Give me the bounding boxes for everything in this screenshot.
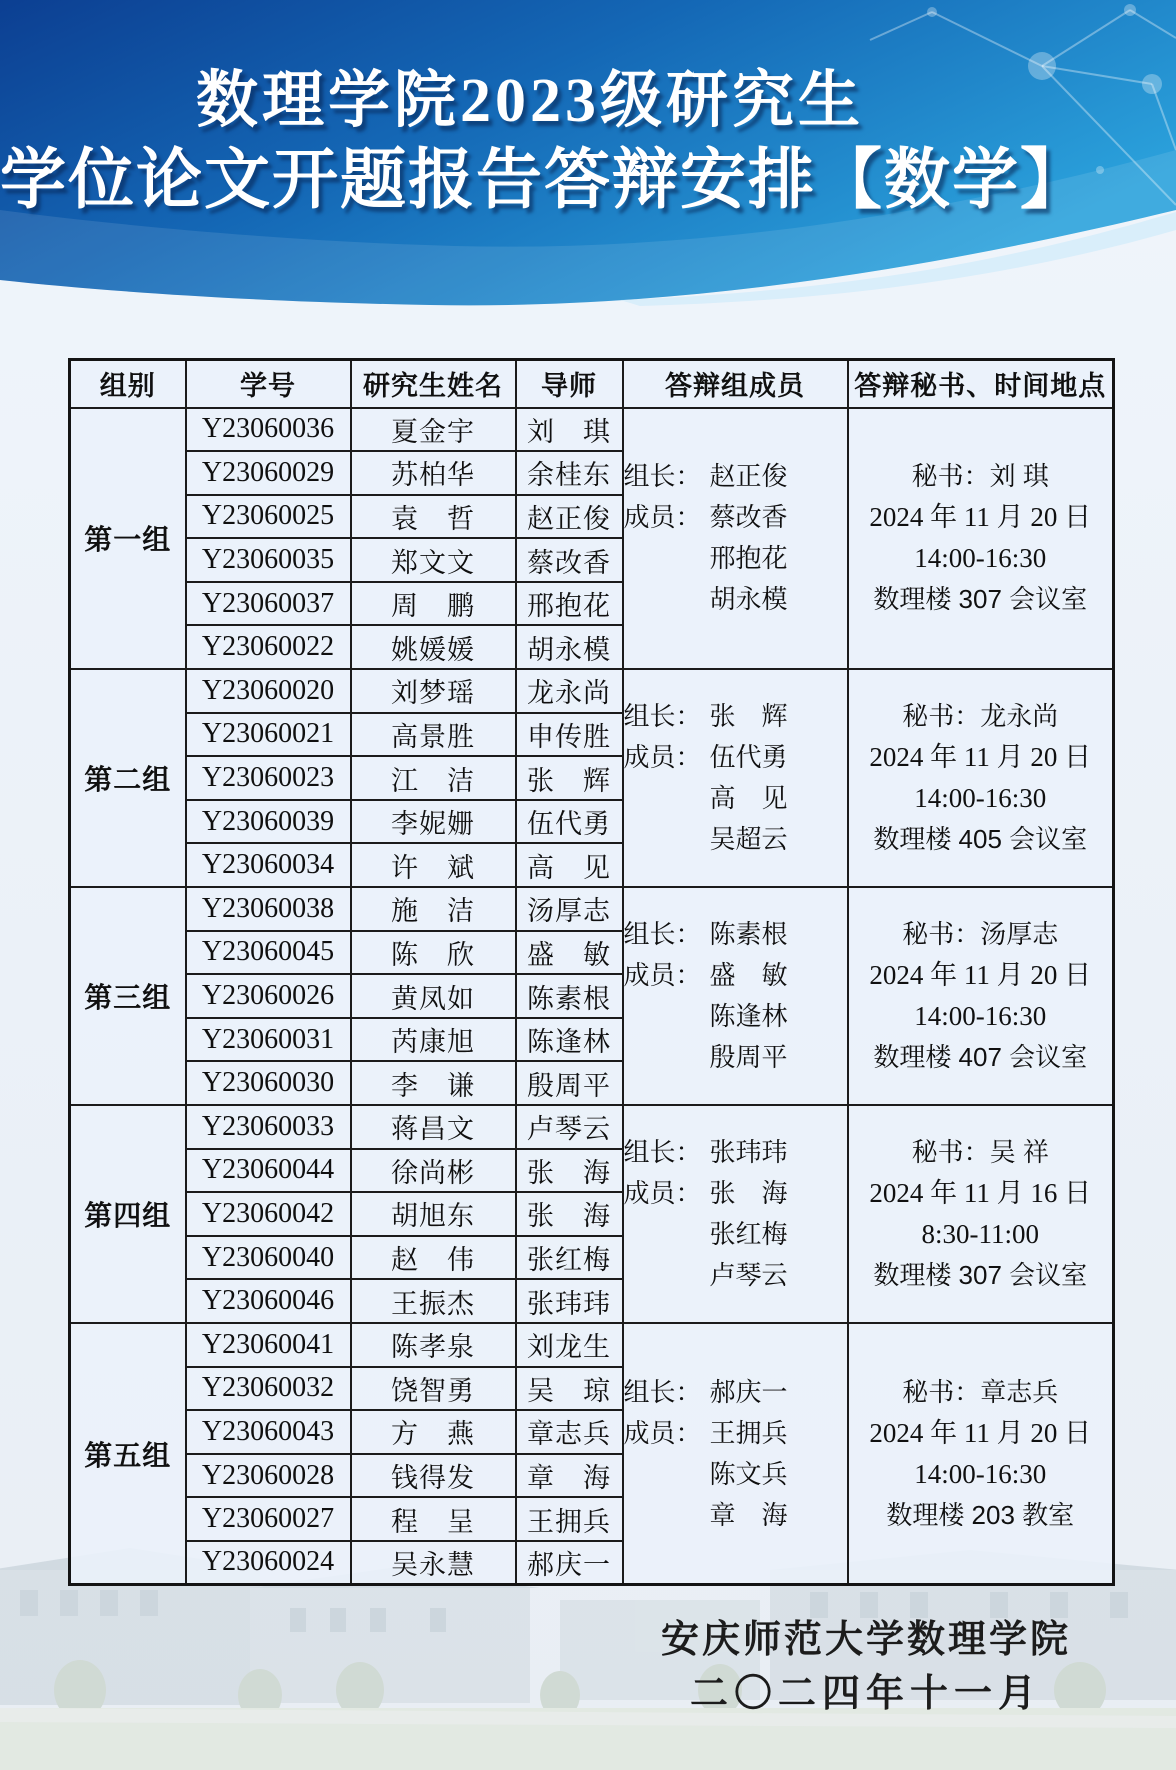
- group-label: 第三组: [70, 887, 186, 1105]
- committee-cell: 组长：张玮玮成员：张 海张红梅卢琴云: [623, 1105, 848, 1323]
- page-title-line-2: 学位论文开题报告答辩安排【数学】: [0, 126, 1040, 221]
- committee-cell: 组长：陈素根成员：盛 敏陈逢林殷周平: [623, 887, 848, 1105]
- secretary-time-cell: 秘书：汤厚志2024 年 11 月 20 日14:00-16:30数理楼 407…: [848, 887, 1114, 1105]
- committee-member-name: 王拥兵: [710, 1413, 788, 1454]
- student-name: 芮康旭: [351, 1018, 516, 1062]
- student-id: Y23060037: [186, 582, 351, 626]
- defense-location: 数理楼 307 会议室: [849, 1255, 1113, 1296]
- committee-role-label: [624, 1495, 710, 1536]
- committee-member-name: 陈文兵: [710, 1454, 788, 1495]
- defense-date: 2024 年 11 月 20 日: [849, 1413, 1113, 1454]
- committee-line: 组长：郝庆一: [624, 1372, 847, 1413]
- committee-member-name: 章 海: [710, 1495, 788, 1536]
- student-id: Y23060031: [186, 1018, 351, 1062]
- committee-member-name: 卢琴云: [710, 1255, 788, 1296]
- committee-cell: 组长：赵正俊成员：蔡改香邢抱花胡永模: [623, 408, 848, 670]
- student-name: 郑文文: [351, 538, 516, 582]
- advisor-name: 吴 琼: [516, 1367, 623, 1411]
- advisor-name: 张红梅: [516, 1236, 623, 1280]
- student-id: Y23060028: [186, 1454, 351, 1498]
- student-id: Y23060023: [186, 756, 351, 800]
- student-id: Y23060032: [186, 1367, 351, 1411]
- defense-time: 14:00-16:30: [849, 778, 1113, 819]
- defense-schedule-table: 组别 学号 研究生姓名 导师 答辩组成员 答辩秘书、时间地点 第一组Y23060…: [68, 358, 1115, 1586]
- student-id: Y23060024: [186, 1541, 351, 1585]
- student-id: Y23060030: [186, 1061, 351, 1105]
- defense-time: 14:00-16:30: [849, 538, 1113, 579]
- secretary-name: 秘书：刘 琪: [849, 456, 1113, 497]
- student-id: Y23060022: [186, 625, 351, 669]
- student-id: Y23060027: [186, 1497, 351, 1541]
- defense-date: 2024 年 11 月 20 日: [849, 955, 1113, 996]
- defense-date: 2024 年 11 月 20 日: [849, 497, 1113, 538]
- secretary-time-cell: 秘书：章志兵2024 年 11 月 20 日14:00-16:30数理楼 203…: [848, 1323, 1114, 1585]
- secretary-time-cell: 秘书：刘 琪2024 年 11 月 20 日14:00-16:30数理楼 307…: [848, 408, 1114, 670]
- student-id: Y23060039: [186, 800, 351, 844]
- committee-role-label: 组长：: [624, 696, 710, 737]
- column-header-student-name: 研究生姓名: [351, 360, 516, 408]
- advisor-name: 蔡改香: [516, 538, 623, 582]
- committee-member-name: 吴超云: [710, 819, 788, 860]
- group-label: 第五组: [70, 1323, 186, 1585]
- committee-role-label: [624, 778, 710, 819]
- committee-member-name: 陈素根: [710, 914, 788, 955]
- table-row: 第三组Y23060038施 洁汤厚志组长：陈素根成员：盛 敏陈逢林殷周平秘书：汤…: [70, 887, 1114, 931]
- defense-date: 2024 年 11 月 20 日: [849, 737, 1113, 778]
- student-name: 赵 伟: [351, 1236, 516, 1280]
- committee-line: 组长：张 辉: [624, 696, 847, 737]
- committee-member-name: 伍代勇: [710, 737, 788, 778]
- group-label: 第一组: [70, 408, 186, 670]
- committee-member-name: 盛 敏: [710, 955, 788, 996]
- committee-role-label: 成员：: [624, 1173, 710, 1214]
- column-header-group: 组别: [70, 360, 186, 408]
- student-id: Y23060026: [186, 974, 351, 1018]
- committee-member-name: 郝庆一: [710, 1372, 788, 1413]
- student-name: 周 鹏: [351, 582, 516, 626]
- secretary-name: 秘书：汤厚志: [849, 914, 1113, 955]
- student-name: 吴永慧: [351, 1541, 516, 1585]
- advisor-name: 赵正俊: [516, 495, 623, 539]
- student-id: Y23060021: [186, 713, 351, 757]
- committee-member-name: 赵正俊: [710, 456, 788, 497]
- committee-member-name: 殷周平: [710, 1037, 788, 1078]
- committee-member-name: 高 见: [710, 778, 788, 819]
- advisor-name: 章 海: [516, 1454, 623, 1498]
- advisor-name: 刘龙生: [516, 1323, 623, 1367]
- committee-role-label: 组长：: [624, 1132, 710, 1173]
- defense-time: 14:00-16:30: [849, 996, 1113, 1037]
- student-name: 胡旭东: [351, 1192, 516, 1236]
- student-name: 李妮姗: [351, 800, 516, 844]
- committee-role-label: 组长：: [624, 1372, 710, 1413]
- student-id: Y23060038: [186, 887, 351, 931]
- committee-member-name: 蔡改香: [710, 497, 788, 538]
- defense-location: 数理楼 407 会议室: [849, 1037, 1113, 1078]
- defense-location: 数理楼 307 会议室: [849, 579, 1113, 620]
- student-name: 许 斌: [351, 843, 516, 887]
- committee-member-name: 邢抱花: [710, 538, 788, 579]
- committee-member-name: 张 海: [710, 1173, 788, 1214]
- committee-line: 陈逢林: [624, 996, 847, 1037]
- student-name: 夏金宇: [351, 408, 516, 452]
- advisor-name: 邢抱花: [516, 582, 623, 626]
- defense-time: 8:30-11:00: [849, 1214, 1113, 1255]
- advisor-name: 张玮玮: [516, 1279, 623, 1323]
- committee-line: 胡永模: [624, 579, 847, 620]
- advisor-name: 申传胜: [516, 713, 623, 757]
- advisor-name: 章志兵: [516, 1410, 623, 1454]
- secretary-time-cell: 秘书：吴 祥2024 年 11 月 16 日8:30-11:00数理楼 307 …: [848, 1105, 1114, 1323]
- secretary-name: 秘书：龙永尚: [849, 696, 1113, 737]
- student-name: 施 洁: [351, 887, 516, 931]
- student-name: 刘梦瑶: [351, 669, 516, 713]
- student-name: 陈 欣: [351, 931, 516, 975]
- column-header-committee: 答辩组成员: [623, 360, 848, 408]
- committee-cell: 组长：张 辉成员：伍代勇高 见吴超云: [623, 669, 848, 887]
- advisor-name: 汤厚志: [516, 887, 623, 931]
- advisor-name: 张 海: [516, 1192, 623, 1236]
- student-id: Y23060033: [186, 1105, 351, 1149]
- committee-role-label: [624, 538, 710, 579]
- student-id: Y23060044: [186, 1149, 351, 1193]
- committee-line: 组长：陈素根: [624, 914, 847, 955]
- committee-line: 成员：伍代勇: [624, 737, 847, 778]
- committee-role-label: 组长：: [624, 914, 710, 955]
- committee-role-label: 成员：: [624, 737, 710, 778]
- committee-member-name: 张玮玮: [710, 1132, 788, 1173]
- advisor-name: 高 见: [516, 843, 623, 887]
- footer-institution: 安庆师范大学数理学院: [556, 1608, 1176, 1663]
- committee-line: 成员：蔡改香: [624, 497, 847, 538]
- student-name: 王振杰: [351, 1279, 516, 1323]
- committee-line: 吴超云: [624, 819, 847, 860]
- secretary-name: 秘书：章志兵: [849, 1372, 1113, 1413]
- student-name: 黄凤如: [351, 974, 516, 1018]
- advisor-name: 胡永模: [516, 625, 623, 669]
- committee-role-label: [624, 819, 710, 860]
- committee-member-name: 张红梅: [710, 1214, 788, 1255]
- student-id: Y23060035: [186, 538, 351, 582]
- student-id: Y23060041: [186, 1323, 351, 1367]
- table-header-row: 组别 学号 研究生姓名 导师 答辩组成员 答辩秘书、时间地点: [70, 360, 1114, 408]
- committee-line: 成员：张 海: [624, 1173, 847, 1214]
- defense-time: 14:00-16:30: [849, 1454, 1113, 1495]
- advisor-name: 龙永尚: [516, 669, 623, 713]
- committee-member-name: 陈逢林: [710, 996, 788, 1037]
- committee-cell: 组长：郝庆一成员：王拥兵陈文兵章 海: [623, 1323, 848, 1585]
- committee-role-label: 成员：: [624, 1413, 710, 1454]
- committee-line: 卢琴云: [624, 1255, 847, 1296]
- committee-line: 邢抱花: [624, 538, 847, 579]
- secretary-name: 秘书：吴 祥: [849, 1132, 1113, 1173]
- student-name: 姚媛媛: [351, 625, 516, 669]
- column-header-student-id: 学号: [186, 360, 351, 408]
- student-name: 饶智勇: [351, 1367, 516, 1411]
- committee-line: 殷周平: [624, 1037, 847, 1078]
- defense-location: 数理楼 203 教室: [849, 1495, 1113, 1536]
- student-name: 江 洁: [351, 756, 516, 800]
- advisor-name: 刘 琪: [516, 408, 623, 452]
- table-row: 第一组Y23060036夏金宇刘 琪组长：赵正俊成员：蔡改香邢抱花胡永模秘书：刘…: [70, 408, 1114, 452]
- student-name: 方 燕: [351, 1410, 516, 1454]
- student-id: Y23060040: [186, 1236, 351, 1280]
- advisor-name: 郝庆一: [516, 1541, 623, 1585]
- committee-role-label: 成员：: [624, 497, 710, 538]
- defense-date: 2024 年 11 月 16 日: [849, 1173, 1113, 1214]
- committee-line: 成员：王拥兵: [624, 1413, 847, 1454]
- student-name: 袁 哲: [351, 495, 516, 539]
- student-name: 钱得发: [351, 1454, 516, 1498]
- advisor-name: 伍代勇: [516, 800, 623, 844]
- student-id: Y23060043: [186, 1410, 351, 1454]
- committee-role-label: [624, 1454, 710, 1495]
- committee-line: 成员：盛 敏: [624, 955, 847, 996]
- committee-line: 组长：张玮玮: [624, 1132, 847, 1173]
- student-name: 程 呈: [351, 1497, 516, 1541]
- student-id: Y23060034: [186, 843, 351, 887]
- footer-date: 二〇二四年十一月: [556, 1662, 1176, 1717]
- student-id: Y23060025: [186, 495, 351, 539]
- student-name: 高景胜: [351, 713, 516, 757]
- advisor-name: 陈素根: [516, 974, 623, 1018]
- column-header-secretary-time: 答辩秘书、时间地点: [848, 360, 1114, 408]
- student-id: Y23060042: [186, 1192, 351, 1236]
- committee-line: 组长：赵正俊: [624, 456, 847, 497]
- table-row: 第五组Y23060041陈孝泉刘龙生组长：郝庆一成员：王拥兵陈文兵章 海秘书：章…: [70, 1323, 1114, 1367]
- group-label: 第二组: [70, 669, 186, 887]
- committee-role-label: [624, 996, 710, 1037]
- student-id: Y23060020: [186, 669, 351, 713]
- student-id: Y23060046: [186, 1279, 351, 1323]
- committee-role-label: 组长：: [624, 456, 710, 497]
- committee-role-label: 成员：: [624, 955, 710, 996]
- advisor-name: 陈逢林: [516, 1018, 623, 1062]
- student-name: 蒋昌文: [351, 1105, 516, 1149]
- group-label: 第四组: [70, 1105, 186, 1323]
- advisor-name: 余桂东: [516, 451, 623, 495]
- table-row: 第二组Y23060020刘梦瑶龙永尚组长：张 辉成员：伍代勇高 见吴超云秘书：龙…: [70, 669, 1114, 713]
- advisor-name: 殷周平: [516, 1061, 623, 1105]
- poster-page: 数理学院2023级研究生 学位论文开题报告答辩安排【数学】 组别 学号 研究生姓…: [0, 0, 1176, 1770]
- committee-role-label: [624, 1255, 710, 1296]
- committee-member-name: 张 辉: [710, 696, 788, 737]
- defense-location: 数理楼 405 会议室: [849, 819, 1113, 860]
- advisor-name: 王拥兵: [516, 1497, 623, 1541]
- student-name: 苏柏华: [351, 451, 516, 495]
- student-id: Y23060029: [186, 451, 351, 495]
- committee-role-label: [624, 1214, 710, 1255]
- committee-role-label: [624, 579, 710, 620]
- secretary-time-cell: 秘书：龙永尚2024 年 11 月 20 日14:00-16:30数理楼 405…: [848, 669, 1114, 887]
- committee-member-name: 胡永模: [710, 579, 788, 620]
- student-name: 徐尚彬: [351, 1149, 516, 1193]
- student-id: Y23060036: [186, 408, 351, 452]
- committee-line: 高 见: [624, 778, 847, 819]
- committee-line: 张红梅: [624, 1214, 847, 1255]
- advisor-name: 盛 敏: [516, 931, 623, 975]
- advisor-name: 卢琴云: [516, 1105, 623, 1149]
- advisor-name: 张 海: [516, 1149, 623, 1193]
- advisor-name: 张 辉: [516, 756, 623, 800]
- committee-role-label: [624, 1037, 710, 1078]
- student-name: 陈孝泉: [351, 1323, 516, 1367]
- committee-line: 章 海: [624, 1495, 847, 1536]
- student-id: Y23060045: [186, 931, 351, 975]
- column-header-advisor: 导师: [516, 360, 623, 408]
- table-row: 第四组Y23060033蒋昌文卢琴云组长：张玮玮成员：张 海张红梅卢琴云秘书：吴…: [70, 1105, 1114, 1149]
- committee-line: 陈文兵: [624, 1454, 847, 1495]
- student-name: 李 谦: [351, 1061, 516, 1105]
- schedule-table-body: 第一组Y23060036夏金宇刘 琪组长：赵正俊成员：蔡改香邢抱花胡永模秘书：刘…: [70, 408, 1114, 1585]
